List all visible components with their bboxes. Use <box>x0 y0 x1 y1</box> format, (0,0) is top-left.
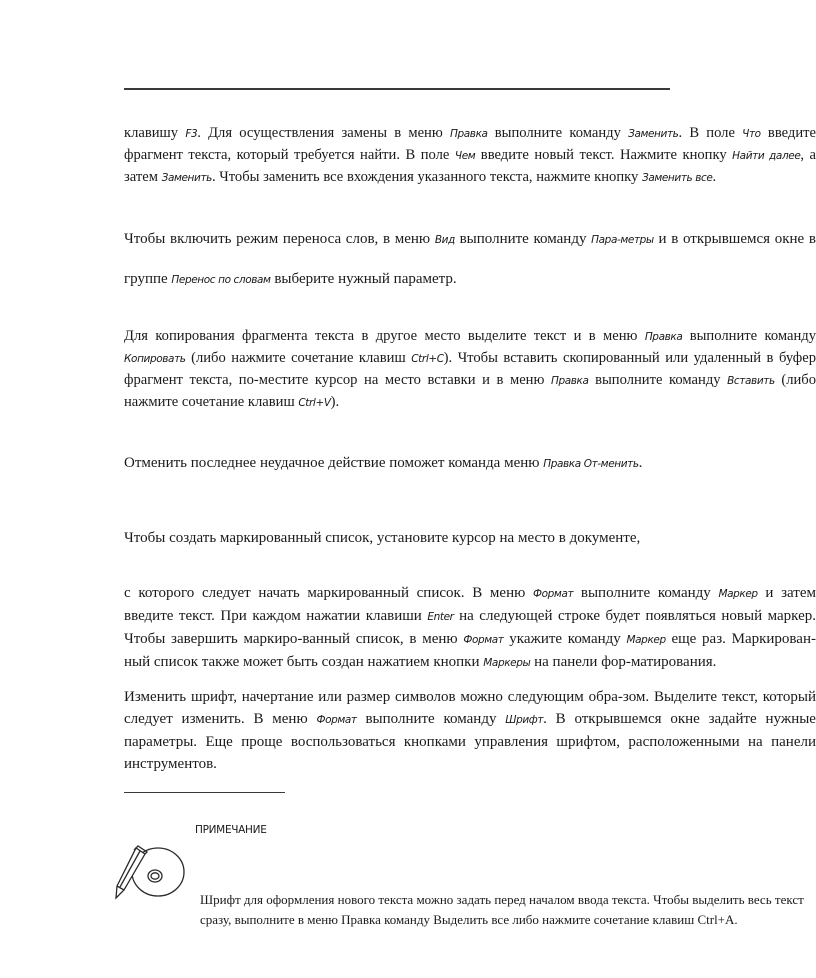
ui-term: Ctrl+V <box>298 397 330 409</box>
text-run: выполните команду <box>573 585 718 601</box>
text-run: . Чтобы заменить все вхождения указанног… <box>212 169 642 185</box>
text-run: выберите нужный параметр. <box>271 271 457 287</box>
ui-term: Правка <box>450 128 488 140</box>
text-run: на панели фор-матирования. <box>530 654 716 670</box>
paragraph-font: Изменить шрифт, начертание или размер си… <box>124 686 816 775</box>
ui-term: Заменить <box>628 128 678 140</box>
ui-term: Перенос по словам <box>171 274 270 286</box>
ui-term: Маркер <box>626 634 665 646</box>
header-rule <box>124 88 670 90</box>
ui-term: Правка От-менить <box>543 458 638 470</box>
ui-term: Формат <box>533 588 573 600</box>
ui-term: Шрифт <box>505 714 543 726</box>
text-run: . В поле <box>678 125 742 141</box>
text-run: Чтобы создать маркированный список, уста… <box>124 530 640 546</box>
paragraph-bullets: с которого следует начать маркированный … <box>124 582 816 674</box>
text-run: выполните команду <box>589 372 728 388</box>
text-run: (либо нажмите сочетание клавиш <box>186 350 412 366</box>
text-run: выполните команду <box>682 328 816 344</box>
paragraph-undo: Отменить последнее неудачное действие по… <box>124 452 816 475</box>
ui-term: Заменить <box>162 172 212 184</box>
text-run: ). <box>331 394 340 410</box>
paragraph-hyphenation: Чтобы включить режим переноса слов, в ме… <box>124 220 816 300</box>
text-run: введите новый текст. Нажмите кнопку <box>475 147 732 163</box>
note-separator <box>124 792 285 793</box>
text-run: Для копирования фрагмента текста в друго… <box>124 328 645 344</box>
ui-term: Enter <box>427 611 453 623</box>
ui-term: Что <box>742 128 761 140</box>
text-run: выполните команду <box>357 711 506 727</box>
text-run: выполните команду <box>488 125 629 141</box>
ui-term: F3 <box>185 128 197 140</box>
ui-term: Найти далее <box>732 150 800 162</box>
text-run: Отменить последнее неудачное действие по… <box>124 455 543 471</box>
pencil-disc-icon <box>112 840 188 900</box>
text-run: . Для осуществления замены в меню <box>197 125 450 141</box>
paragraph-bullets-intro: Чтобы создать маркированный список, уста… <box>124 527 816 549</box>
text-run: . <box>712 169 716 185</box>
text-run: выполните команду <box>455 231 591 247</box>
text-run: клавишу <box>124 125 185 141</box>
ui-term: Маркер <box>718 588 757 600</box>
ui-term: Вставить <box>727 375 775 387</box>
text-run: укажите команду <box>504 631 627 647</box>
ui-term: Правка <box>645 331 683 343</box>
paragraph-replace: клавишу F3. Для осуществления замены в м… <box>124 123 816 189</box>
ui-term: Пара-метры <box>591 234 654 246</box>
text-run: Чтобы включить режим переноса слов, в ме… <box>124 231 435 247</box>
text-run: . <box>639 455 643 471</box>
ui-term: Заменить все <box>642 172 713 184</box>
note-title: ПРИМЕЧАНИЕ <box>195 824 267 836</box>
ui-term: Ctrl+C <box>411 353 443 365</box>
text-run: с которого следует начать маркированный … <box>124 585 533 601</box>
ui-term: Чем <box>455 150 475 162</box>
ui-term: Формат <box>463 634 503 646</box>
note-text: Шрифт для оформления нового текста можно… <box>200 890 816 930</box>
ui-term: Формат <box>316 714 356 726</box>
ui-term: Маркеры <box>483 657 530 669</box>
ui-term: Правка <box>551 375 589 387</box>
ui-term: Копировать <box>124 353 186 365</box>
paragraph-copy-paste: Для копирования фрагмента текста в друго… <box>124 326 816 414</box>
ui-term: Вид <box>435 234 455 246</box>
